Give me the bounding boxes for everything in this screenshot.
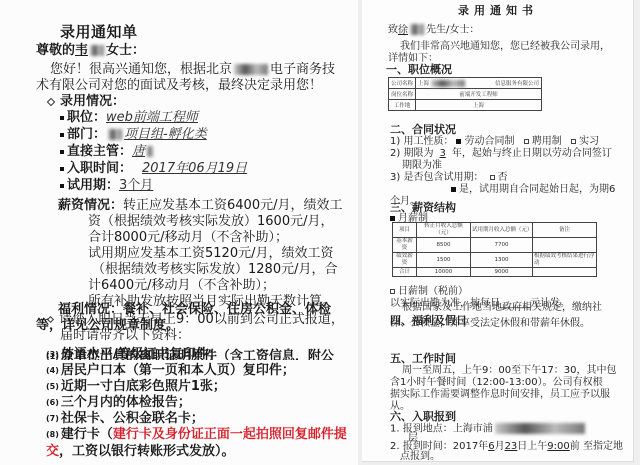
square-bullet-icon (60, 184, 64, 188)
salary-line-0: 薪资情况：转正应发基本工资6400元/月，绩效工 (58, 198, 342, 213)
table-row: 合计 10000 9000 (393, 268, 597, 277)
diamond-bullet-icon (47, 97, 55, 105)
checked-box-icon (456, 139, 461, 144)
redacted-manager (147, 146, 153, 157)
probation-yes-row: 是，试用期自合同起始日起，为期6 (448, 184, 615, 196)
material-4: (4)居民户口本（第一页和本人页）复印件； (46, 363, 295, 378)
offer-letter-right: 录用通知书 致徐先生/女士： 我们非常高兴地通知您，您已经被我公司录用， 详情如… (362, 0, 634, 462)
section-6-title: 六、入职报到 (390, 411, 456, 423)
unchecked-box-icon (524, 139, 529, 144)
section-hire-status: 录用情况： (48, 94, 125, 109)
material-7: (7)社保卡、公积金联名卡； (46, 411, 204, 426)
redacted-company (431, 80, 465, 87)
report-time-cont: 点报到。 (400, 451, 440, 463)
section-5-title: 五、工作时间 (390, 353, 456, 365)
left-doc-lower: (3)外语水平/等级证书复印件； (4)居民户口本（第一页和本人页）复印件； (… (0, 360, 358, 450)
report-location-row: 1. 报到地点：上海市浦 (390, 423, 587, 436)
unchecked-box-icon (390, 289, 395, 294)
diamond-bullet-icon (47, 316, 54, 323)
salary-line-5: 计6400元/移动月（不含补助）； (88, 278, 275, 293)
right-intro-1: 我们非常高兴地通知您，您已经被我公司录用， (400, 41, 610, 53)
table-row: 公司名称 上海信息服务有限公司 (389, 78, 542, 89)
table-header-row: 项目 转正月收入总额（元） 试用期月收入总额（元） 备注 (393, 223, 597, 238)
contract-type-row: 1) 用工性质：劳动合同制 聘用制 实习 (390, 136, 599, 148)
material-3: (3)外语水平/等级证书复印件； (46, 347, 222, 362)
hours-line-3: 据实际工作需要调整作息时间安排，员工应予以服 (390, 389, 610, 401)
contract-term-cont: 期限为准 (402, 160, 442, 172)
left-intro-2: 术有限公司对您的面试及考核，最终决定录用您！ (36, 78, 322, 93)
salary-line-1: 资（根据绩效考核实际发放）1600元/月， (88, 214, 333, 229)
salary-table: 项目 转正月收入总额（元） 试用期月收入总额（元） 备注 基本薪资 8500 7… (392, 222, 597, 277)
department-row: 部门：项目组-孵化类 (60, 127, 207, 142)
start-date-row: 入职时间：2017年06月19日 (60, 161, 247, 176)
redacted-dept (108, 129, 122, 140)
salary-line-4: （根据绩效考核实际发放）1280元/月，合 (92, 262, 337, 277)
redacted-name (410, 24, 424, 35)
salary-line-3: 试用期应发基本工资5120元/月，绩效工资 (88, 246, 333, 261)
table-row: 绩效薪资 1500 1300 根据绩效考核结果进行浮动 (393, 253, 597, 268)
table-row: 岗位名称 前端开发工程师 (389, 89, 542, 100)
checked-box-icon (451, 187, 456, 192)
redacted-address (495, 423, 585, 434)
table-row: 工作地 上海 (389, 100, 542, 111)
welfare-line-1: 根据国家及工作地当地政府相关规定，缴纳社 (402, 302, 602, 314)
redacted-company (234, 64, 268, 75)
section-1-title: 一、职位概况 (386, 64, 452, 76)
left-greeting: 尊敬的韦女士： (36, 43, 145, 58)
right-greeting: 致徐先生/女士： (388, 24, 479, 37)
material-5: (5)近期一寸白底彩色照片1张； (46, 379, 226, 394)
checked-box-icon (390, 216, 395, 221)
material-8: (8)建行卡（建行卡及身份证正面一起拍照回复邮件提 (46, 427, 347, 442)
salary-line-2: 合计8000元/移动月（不含补助）； (88, 230, 288, 245)
report-line-1: 请您入职日当天早上9：00以前到公司正式报道， (48, 312, 344, 327)
square-bullet-icon (60, 150, 64, 154)
hours-line-2: 含1小时午餐时间（12:00-13:00）。公司有权根 (390, 377, 603, 389)
daily-salary-label: 日薪制（税前） (390, 286, 468, 298)
left-intro-1: 您好！很高兴通知您，根据北京电子商务技 (50, 62, 335, 77)
left-doc-title: 录用通知单 (60, 21, 138, 42)
position-table: 公司名称 上海信息服务有限公司 岗位名称 前端开发工程师 工作地 上海 (388, 77, 542, 111)
unchecked-box-icon (490, 175, 495, 180)
section-2-title: 二、合同状况 (390, 124, 456, 136)
welfare-line-2: 保、公积金，并享受法定休假和带薪年休假。 (390, 318, 590, 330)
table-row: 基本薪资 8500 7700 (393, 238, 597, 253)
manager-row: 直接主管：唐 (60, 144, 155, 159)
hours-line-1: 周一至周五，上午9：00至下午17：30，其中包 (402, 365, 617, 377)
square-bullet-icon (60, 167, 64, 171)
probation-included-row: 3) 是否包含试用期： 否 (390, 172, 508, 184)
redacted-name (90, 45, 104, 56)
material-8-cont: 交，工资以银行转账形式发放）。 (46, 444, 235, 459)
right-doc-title: 录用通知书 (362, 2, 634, 18)
square-bullet-icon (60, 116, 64, 120)
probation-row: 试用期：3个月 (60, 178, 153, 193)
position-row: 职位：web前端工程师 (60, 110, 198, 125)
report-line-2: 届时请带齐以下资料： (60, 328, 190, 343)
square-bullet-icon (60, 133, 64, 137)
contract-term-row: 2) 期限为3年，起始与终止日期以劳动合同签订 (390, 148, 612, 160)
unchecked-box-icon (571, 139, 576, 144)
material-6: (6)三个月内的体检报告； (46, 395, 191, 410)
